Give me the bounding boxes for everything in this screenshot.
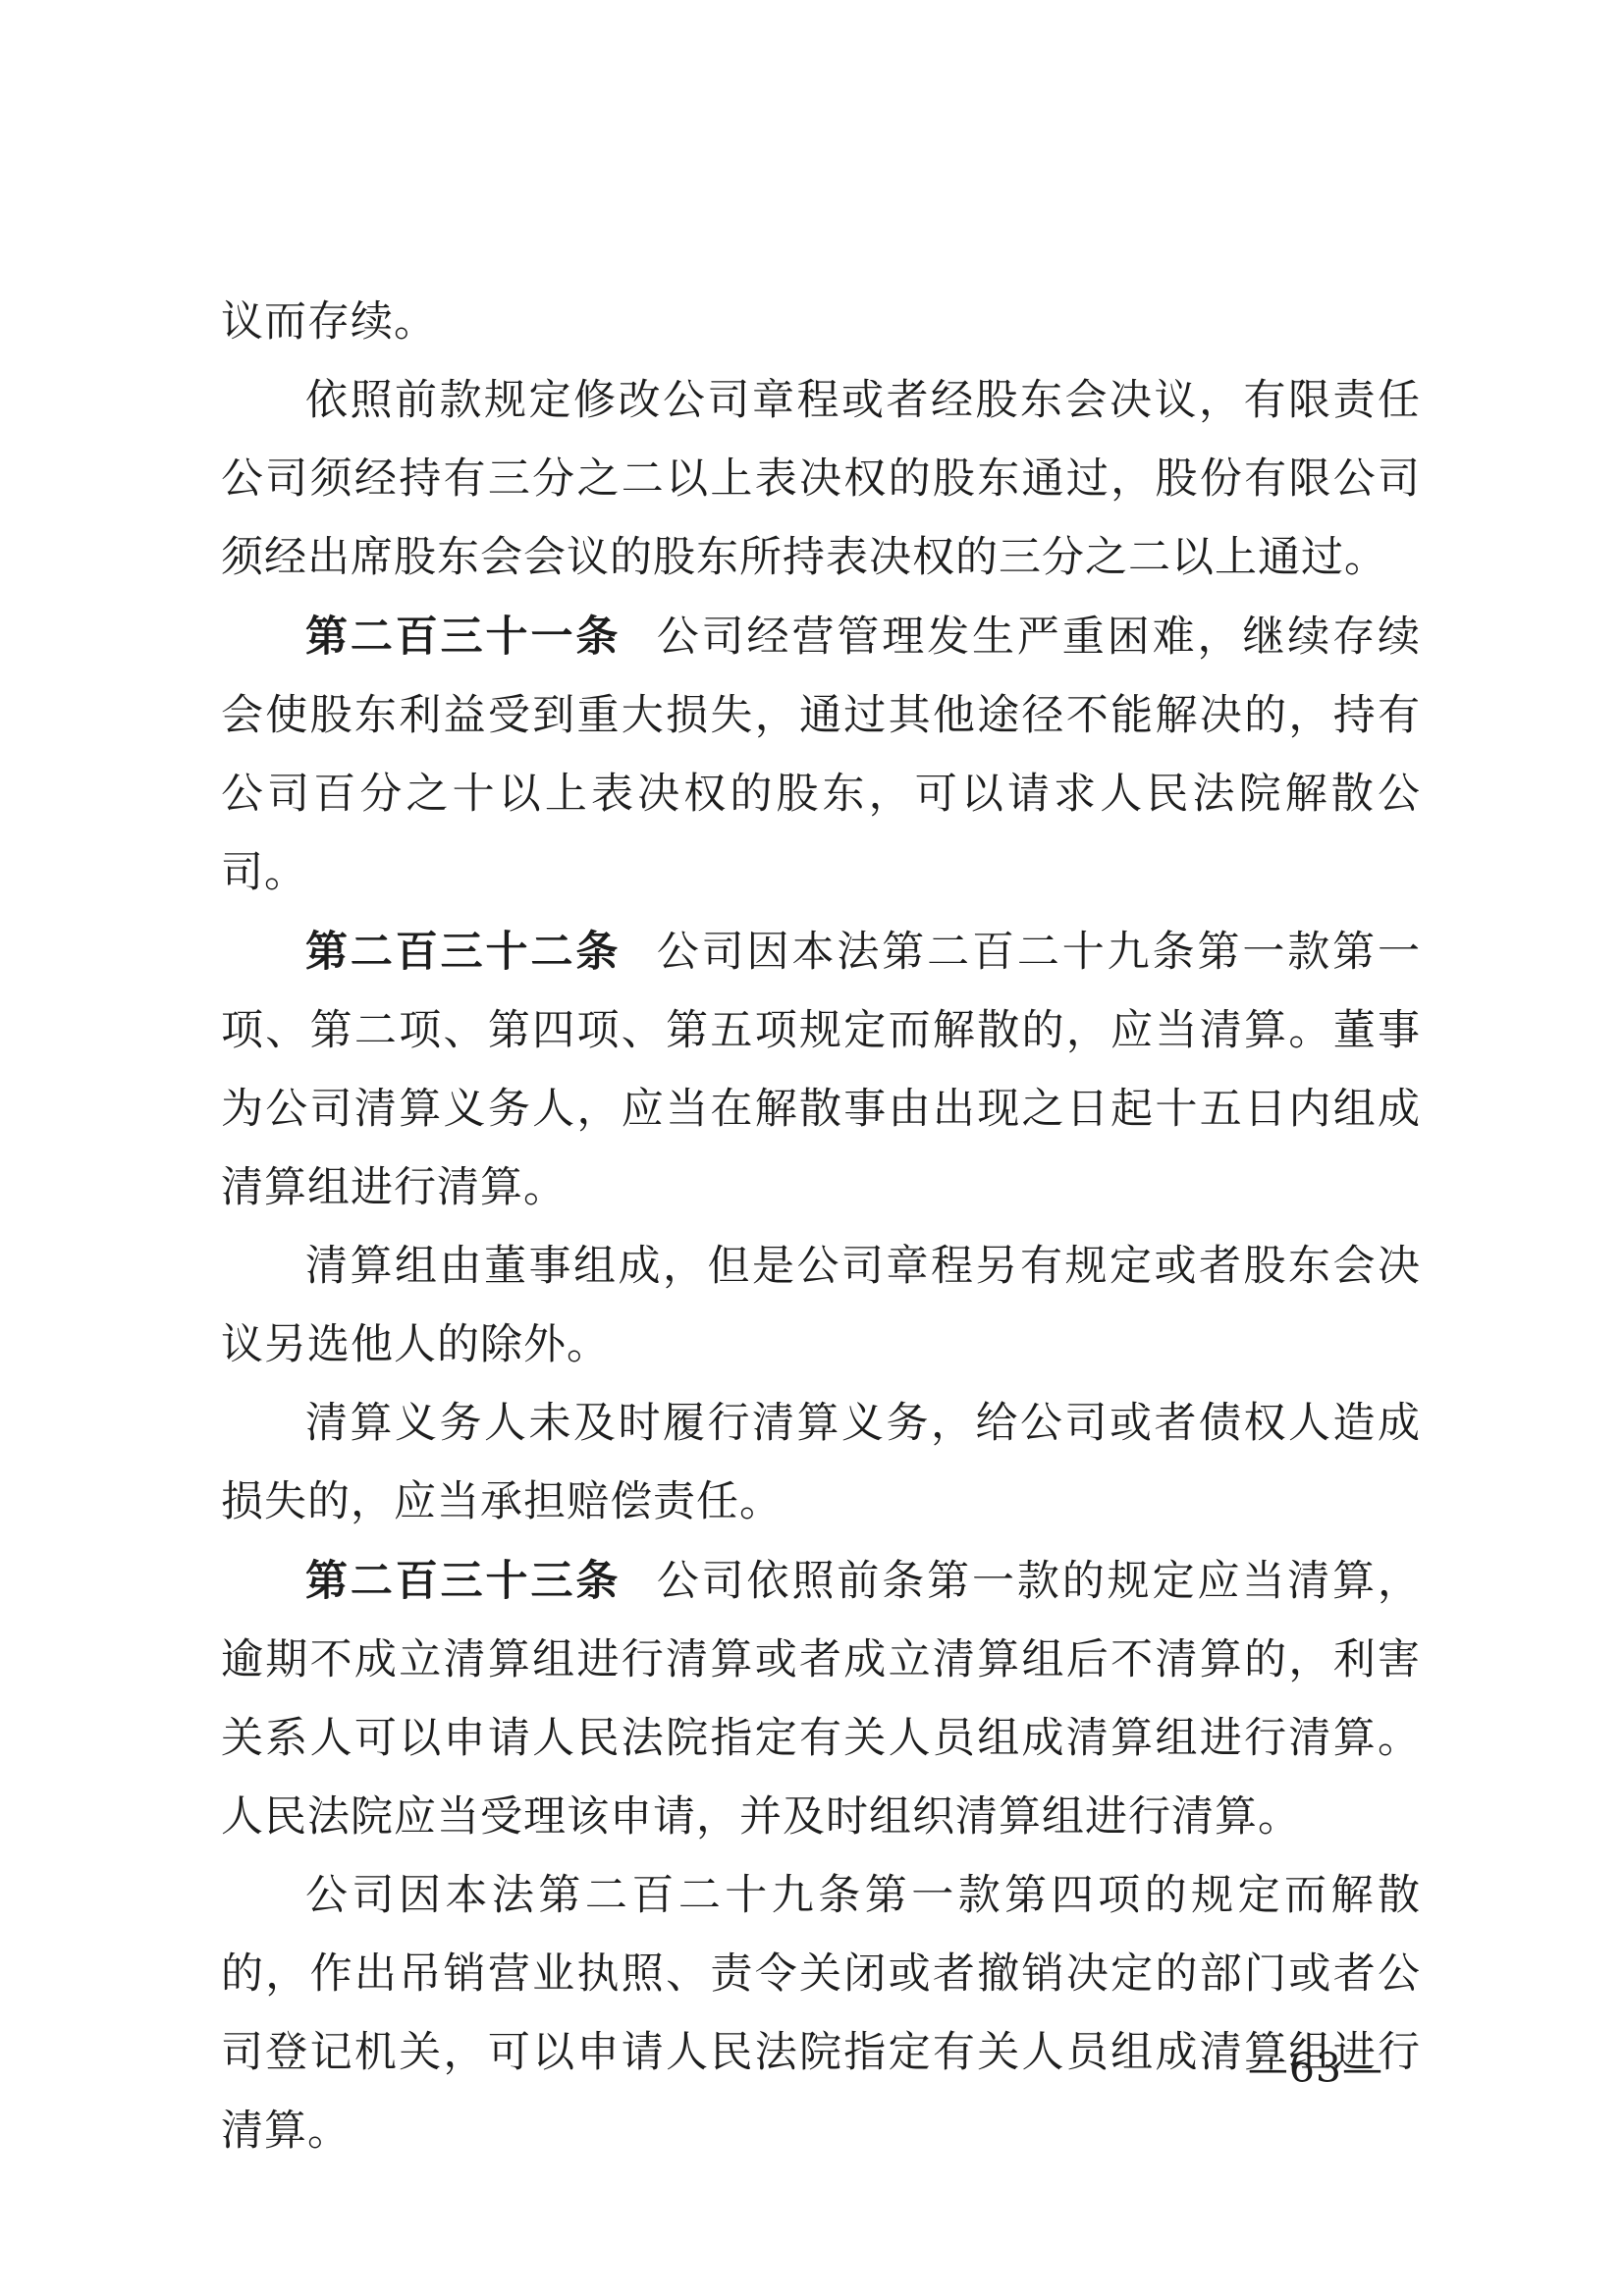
paragraph: 清算义务人未及时履行清算义务，给公司或者债权人造成损失的，应当承担赔偿责任。 (221, 1385, 1421, 1542)
paragraph: 议而存续。 (221, 284, 1421, 362)
paragraph: 清算组由董事组成，但是公司章程另有规定或者股东会决议另选他人的除外。 (221, 1228, 1421, 1385)
paragraph: 第二百三十一条公司经营管理发生严重困难，继续存续会使股东利益受到重大损失，通过其… (221, 598, 1421, 913)
page-number: —63— (1248, 2047, 1383, 2090)
article-number: 第二百三十二条 (305, 929, 621, 976)
paragraph: 第二百三十二条公司因本法第二百二十九条第一款第一项、第二项、第四项、第五项规定而… (221, 913, 1421, 1228)
document-page: 议而存续。依照前款规定修改公司章程或者经股东会决议，有限责任公司须经持有三分之二… (0, 0, 1624, 2296)
document-body: 议而存续。依照前款规定修改公司章程或者经股东会决议，有限责任公司须经持有三分之二… (221, 284, 1421, 2171)
article-number: 第二百三十三条 (305, 1558, 621, 1605)
paragraph: 公司因本法第二百二十九条第一款第四项的规定而解散的，作出吊销营业执照、责令关闭或… (221, 1857, 1421, 2171)
paragraph-text: 依照前款规定修改公司章程或者经股东会决议，有限责任公司须经持有三分之二以上表决权… (221, 378, 1421, 581)
paragraph-text: 清算组由董事组成，但是公司章程另有规定或者股东会决议另选他人的除外。 (221, 1244, 1421, 1368)
paragraph-text: 清算义务人未及时履行清算义务，给公司或者债权人造成损失的，应当承担赔偿责任。 (221, 1401, 1421, 1525)
paragraph: 依照前款规定修改公司章程或者经股东会决议，有限责任公司须经持有三分之二以上表决权… (221, 362, 1421, 598)
article-number: 第二百三十一条 (305, 614, 621, 661)
paragraph-text: 公司因本法第二百二十九条第一款第四项的规定而解散的，作出吊销营业执照、责令关闭或… (221, 1873, 1421, 2155)
paragraph-text: 议而存续。 (221, 299, 437, 346)
paragraph: 第二百三十三条公司依照前条第一款的规定应当清算，逾期不成立清算组进行清算或者成立… (221, 1542, 1421, 1857)
